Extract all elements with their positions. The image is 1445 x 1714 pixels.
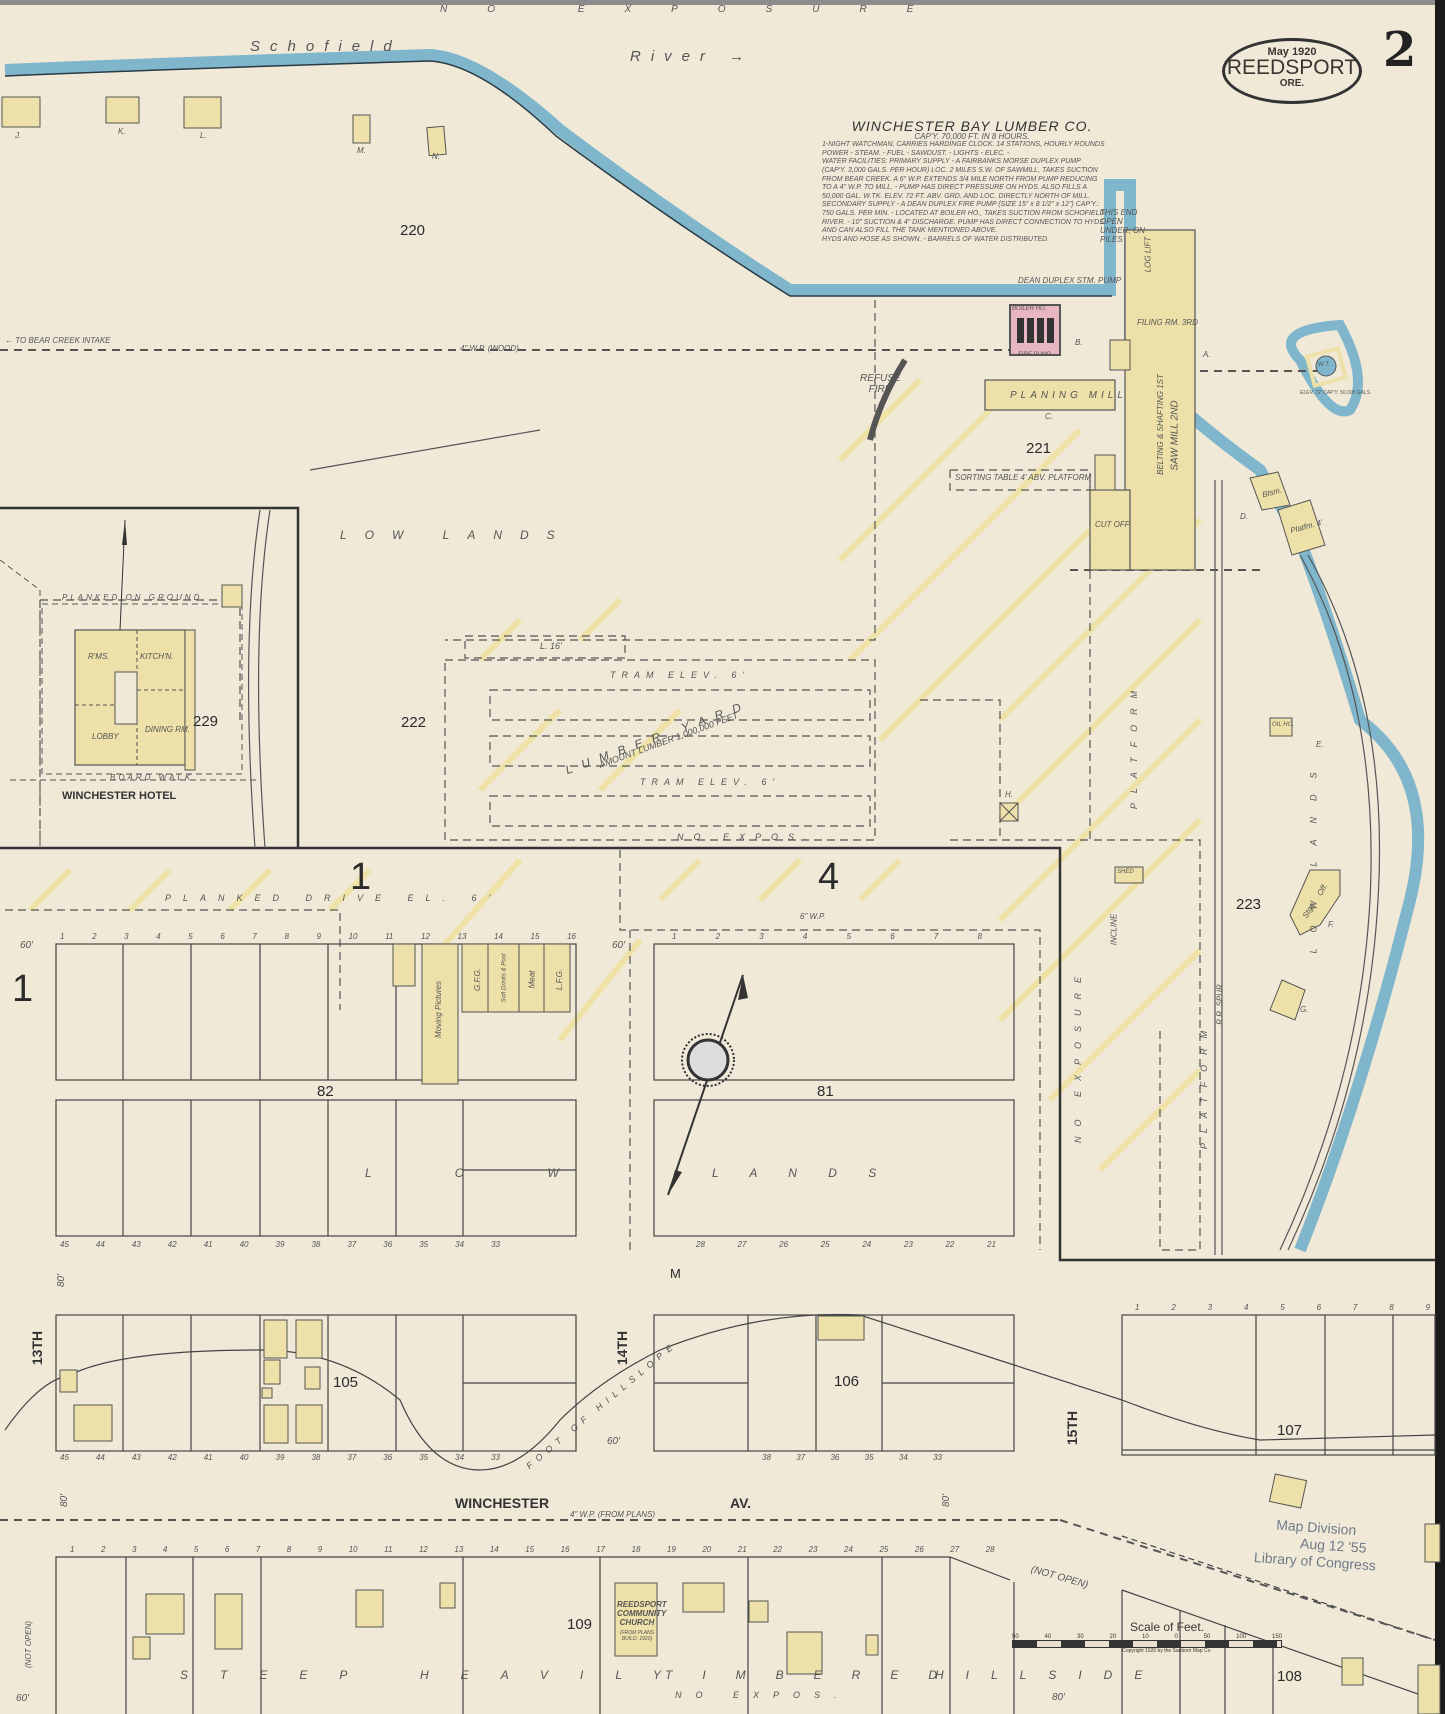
lot-numbers-block-106: 3837 3635 3433 xyxy=(762,1453,942,1462)
street-av: AV. xyxy=(730,1495,751,1511)
block-number-229: 229 xyxy=(193,713,218,730)
lot-numbers-block-82-bottom: 4544 4342 4140 3938 3736 3534 33 xyxy=(60,1240,500,1249)
block-number-109: 109 xyxy=(567,1616,592,1633)
tram-elev-label-1: TRAM ELEV. 6' xyxy=(610,670,750,680)
key-c: C. xyxy=(1045,412,1053,421)
oil-house-label: OIL HO. xyxy=(1272,722,1294,728)
lands-label-81: L A N D S xyxy=(712,1166,890,1180)
church-note: (FROM PLANS BUILD. 1920) xyxy=(617,1630,657,1642)
platform-label: PLATFORM xyxy=(1129,681,1139,809)
library-of-congress-stamp: Map Division Aug 12 '55 Library of Congr… xyxy=(1273,1516,1378,1574)
block-number-108: 108 xyxy=(1277,1668,1302,1685)
street-width-80-d: 80' xyxy=(1052,1692,1065,1703)
fire-pump-label: FIRE PUMP xyxy=(1018,352,1051,358)
gfg-label: G.F.G. xyxy=(473,968,482,991)
dean-pump-label: DEAN DUPLEX STM. PUMP xyxy=(1018,276,1121,285)
winchester-hotel-building xyxy=(75,585,242,770)
meat-label: Meat xyxy=(527,971,536,989)
block-number-107: 107 xyxy=(1277,1422,1302,1439)
hotel-lobby-label: LOBBY xyxy=(92,732,119,741)
street-15th: 15TH xyxy=(1064,1411,1080,1445)
note-line: SECONDARY SUPPLY - A DEAN DUPLEX FIRE PU… xyxy=(822,201,1122,210)
street-13th: 13TH xyxy=(29,1331,45,1365)
planked-drive-label: PLANKED DRIVE EL. 6' xyxy=(165,893,502,903)
block-number-106: 106 xyxy=(834,1373,859,1390)
adjoining-sheet-4: 4 xyxy=(818,856,839,899)
block-81-lots xyxy=(654,944,1014,1236)
key-m-street: M xyxy=(670,1266,681,1281)
lot-numbers-block-107: 12 34 56 78 9 xyxy=(1135,1303,1430,1312)
water-pipe-6in: 6" W.P. xyxy=(800,912,826,921)
block-number-82: 82 xyxy=(317,1083,334,1100)
lumber-company-notes: WINCHESTER BAY LUMBER CO. CAP'Y. 70,000 … xyxy=(822,122,1122,244)
lumber-company-title: WINCHESTER BAY LUMBER CO. xyxy=(822,122,1122,131)
incline-label: INCLINE xyxy=(1109,914,1118,946)
small-north-arrow xyxy=(120,520,127,630)
adjoining-sheet-1-left: 1 xyxy=(12,968,33,1011)
community-church-label: REEDSPORT COMMUNITY CHURCH xyxy=(617,1600,657,1627)
street-width-80-b: 80' xyxy=(59,1494,70,1507)
compass-rose xyxy=(668,975,748,1195)
river-name-label: Schofield xyxy=(250,38,402,55)
low-label-82: L O W xyxy=(365,1166,599,1180)
hotel-planked-label: PLANKED ON GROUND xyxy=(62,593,202,602)
saw-mill-label: SAW MILL 2ND xyxy=(1170,400,1181,470)
rr-spur-label: R.R. SPUR xyxy=(1216,984,1225,1024)
sheet-number: 2 xyxy=(1383,22,1416,78)
soft-drinks-label: Soft Drinks & Pool xyxy=(501,954,507,1003)
planing-mill-label: PLANING MILL xyxy=(1010,390,1127,401)
refuse-fire-label: REFUSE FIRE xyxy=(860,373,900,395)
heavily-label: HEAVILY xyxy=(420,1668,693,1682)
tram-elev-label-2: TRAM ELEV. 6' xyxy=(640,777,780,787)
note-line: 50,000 GAL. W.TK. ELEV. 72 FT. ABV. GRD.… xyxy=(822,193,1122,202)
note-line: AND CAN ALSO FILL THE TANK MENTIONED ABO… xyxy=(822,227,1122,236)
block-82-stores xyxy=(393,944,570,1084)
lot-numbers-block-81-bottom: 2827 2625 2423 2221 xyxy=(696,1240,996,1249)
winchester-hotel-label: WINCHESTER HOTEL xyxy=(62,790,176,802)
key-e: E. xyxy=(1316,740,1324,749)
lfg-label: L.F.G. xyxy=(555,969,564,990)
water-tank-label: W.T. xyxy=(1318,362,1330,368)
block-number-222: 222 xyxy=(401,714,426,731)
note-line: 750 GALS. PER MIN. - LOCATED AT BOILER H… xyxy=(822,210,1122,219)
block-number-223: 223 xyxy=(1236,896,1261,913)
key-d: D. xyxy=(1240,512,1248,521)
no-exposure-top-label: NO EXPOSURE xyxy=(440,4,953,15)
hotel-kitchen-label: KITCH'N. xyxy=(140,652,174,661)
note-line: (CAP'Y. 3,000 GALS. PER HOUR) LOC. 2 MIL… xyxy=(822,167,1122,176)
key-k: K. xyxy=(118,127,126,136)
street-width-60: 60' xyxy=(20,940,33,951)
water-pipe-4in-wood: 4" W.P. (WOOD) xyxy=(460,344,519,353)
key-l: L. xyxy=(200,131,207,140)
key-m: M. xyxy=(357,146,366,155)
foot-of-hillslope-line xyxy=(5,1314,1435,1470)
sawmill-complex xyxy=(870,230,1346,1020)
street-width-80: 80' xyxy=(56,1274,67,1287)
no-expos-bottom-label: NO EXPOS. xyxy=(675,1690,851,1700)
note-line: RIVER. - 10" SUCTION & 4" DISCHARGE. PUM… xyxy=(822,219,1122,228)
note-line: WATER FACILITIES: PRIMARY SUPPLY - A FAI… xyxy=(822,158,1122,167)
block-number-221: 221 xyxy=(1026,440,1051,457)
street-width-60-b: 60' xyxy=(612,940,625,951)
cut-off-label: CUT OFF xyxy=(1095,520,1130,529)
water-tank-note: ELEV. 72' CAP'Y. 50,000 GALS. xyxy=(1300,390,1371,396)
key-j: J. xyxy=(15,131,21,140)
filing-room-label: FILING RM. 3RD xyxy=(1137,318,1198,327)
dwellings xyxy=(2,97,1440,1714)
steep-label: STEEP xyxy=(180,1668,379,1682)
block-number-81: 81 xyxy=(817,1083,834,1100)
lot-numbers-block-81: 12 34 56 78 xyxy=(672,932,982,941)
key-f: F. xyxy=(1328,920,1334,929)
street-14th: 14TH xyxy=(614,1331,630,1365)
to-bear-creek-label: ← TO BEAR CREEK INTAKE xyxy=(5,336,111,345)
moving-pictures-label: Moving Pictures xyxy=(434,981,443,1038)
sorting-table-label: SORTING TABLE 4' ABV. PLATFORM xyxy=(955,473,1091,482)
scale-bar xyxy=(1012,1640,1282,1648)
boiler-house-label: BOILER HO. xyxy=(1012,306,1046,312)
note-line: FROM BEAR CREEK. A 6" W.P. EXTENDS 3/4 M… xyxy=(822,176,1122,185)
note-line: HYDS AND HOSE AS SHOWN. - BARRELS OF WAT… xyxy=(822,236,1122,245)
block-number-220: 220 xyxy=(400,222,425,239)
street-width-60-c: 60' xyxy=(16,1693,29,1704)
no-exposure-right-label: NO EXPOSURE xyxy=(1073,967,1083,1143)
note-line: POWER - STEAM. - FUEL - SAWDUST. - LIGHT… xyxy=(822,150,1122,159)
key-n: N. xyxy=(432,152,440,161)
note-line: 1-NIGHT WATCHMAN, CARRIES HARDINGE CLOCK… xyxy=(822,141,1122,150)
belting-shafting-label: BELTING & SHAFTING 1ST xyxy=(1156,374,1165,475)
no-expos-mid-label: NO EXPOS. xyxy=(677,832,817,842)
street-winchester: WINCHESTER xyxy=(455,1495,549,1511)
scale-of-feet: Scale of Feet. 5040 3020 100 50100 150 C… xyxy=(1012,1620,1282,1654)
key-b: B. xyxy=(1075,338,1083,347)
street-width-80-c: 80' xyxy=(941,1494,952,1507)
low-lands-223-label: LOW LANDS xyxy=(1309,756,1319,953)
street-width-60-d: 60' xyxy=(607,1436,620,1447)
key-h: H. xyxy=(1005,790,1013,799)
lot-numbers-block-105: 4544 4342 4140 3938 3736 3534 33 xyxy=(60,1453,500,1462)
scale-title: Scale of Feet. xyxy=(1052,1620,1282,1634)
platform-shading xyxy=(30,380,1200,1170)
timbered-label: TIMBERED xyxy=(665,1668,967,1682)
low-lands-label: LOW LANDS xyxy=(340,528,573,542)
shed-label: SHED xyxy=(1117,869,1134,875)
state-name: ORE. xyxy=(1225,78,1359,89)
water-pipe-winchester: 4" W.P. (FROM PLANS) xyxy=(570,1510,655,1519)
title-cartouche: May 1920 REEDSPORT ORE. xyxy=(1222,38,1362,104)
key-a: A. xyxy=(1203,350,1211,359)
block-number-105: 105 xyxy=(333,1374,358,1391)
river-suffix-label: River → xyxy=(630,48,754,65)
platform-label-2: PLATFORM xyxy=(1199,1021,1209,1149)
board-walk-label: BOARD WALK xyxy=(110,773,193,782)
hotel-dining-label: DINING RM. xyxy=(145,725,190,734)
hotel-rooms-label: R'MS. xyxy=(88,652,110,661)
lot-numbers-block-82: 12 34 56 78 910 1112 1314 1516 xyxy=(60,932,576,941)
not-open-left: (NOT OPEN) xyxy=(24,1621,33,1668)
lumber-pile-label: L. 16' xyxy=(540,641,562,651)
copyright-note: Copyright 1920 by the Sanborn Map Co. xyxy=(1052,1648,1282,1654)
town-name: REEDSPORT xyxy=(1225,58,1359,78)
hillside-label: HILLSIDE xyxy=(935,1668,1164,1682)
note-line: TO A 4" W.P. TO MILL. - PUMP HAS DIRECT … xyxy=(822,184,1122,193)
log-lift-label: LOG LIFT xyxy=(1143,237,1152,273)
lot-numbers-block-109: 12 34 56 78 910 1112 1314 1516 1718 1920… xyxy=(70,1545,995,1554)
key-g: G. xyxy=(1300,1005,1308,1014)
